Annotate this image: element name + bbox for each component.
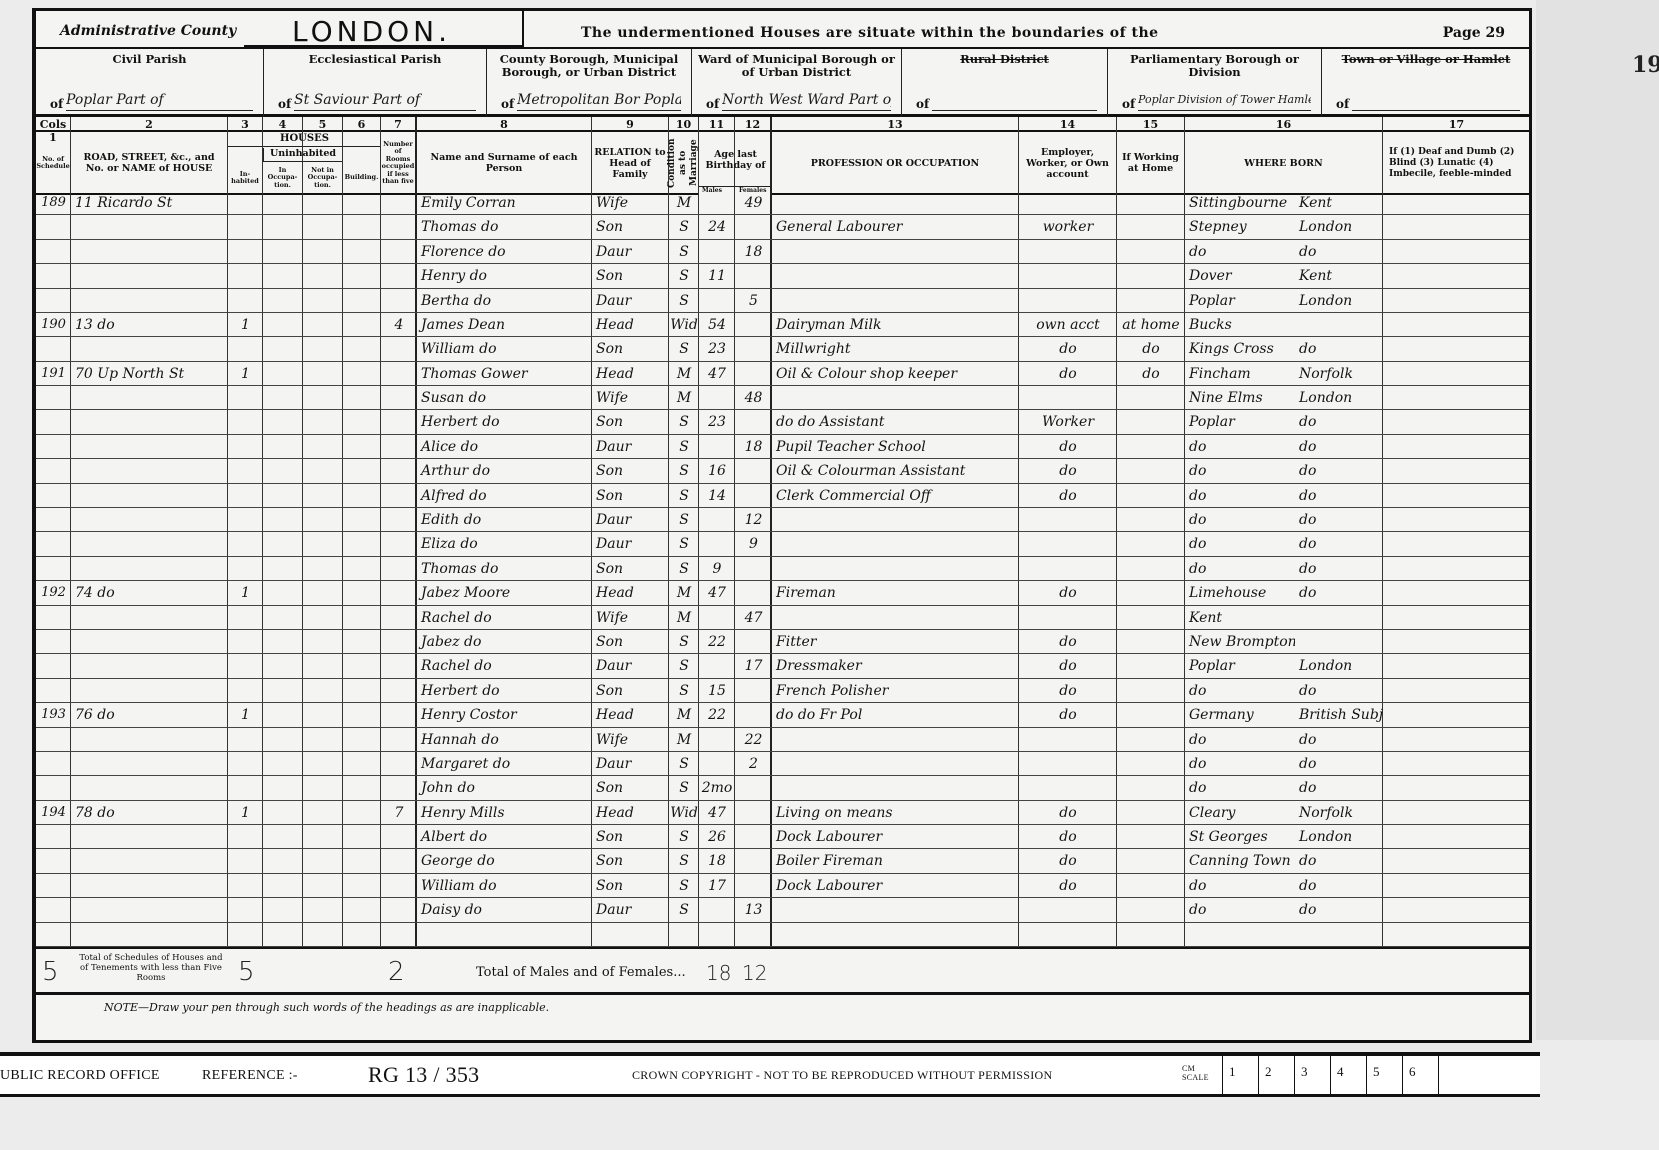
row-relation: Daur bbox=[592, 532, 669, 555]
row-condition: S bbox=[669, 898, 699, 921]
row-born-place: Fincham bbox=[1185, 362, 1295, 385]
area-label: Ward of Municipal Borough or of Urban Di… bbox=[692, 53, 901, 79]
row-inhabited bbox=[228, 898, 263, 921]
area-value: St Saviour Part of bbox=[294, 91, 476, 111]
row-born-county: Kent bbox=[1295, 191, 1383, 214]
row-name: Rachel do bbox=[417, 654, 592, 677]
row-employer: Worker bbox=[1019, 410, 1117, 433]
row-schedule bbox=[36, 752, 71, 775]
row-at-home bbox=[1117, 752, 1185, 775]
row-name: Henry Mills bbox=[417, 801, 592, 824]
row-relation: Wife bbox=[592, 606, 669, 629]
row-condition: M bbox=[669, 386, 699, 409]
col-header-where-born: WHERE BORN bbox=[1185, 133, 1382, 195]
row-schedule bbox=[36, 264, 71, 287]
row-address bbox=[71, 386, 228, 409]
row-inhabited bbox=[228, 728, 263, 751]
row-employer: do bbox=[1019, 435, 1117, 458]
row-male-age bbox=[699, 289, 735, 312]
row-female-age bbox=[735, 313, 772, 336]
row-born-county: do bbox=[1295, 728, 1383, 751]
row-schedule: 189 bbox=[36, 191, 71, 214]
area-ecclesiastical-parish: Ecclesiastical Parish of St Saviour Part… bbox=[264, 49, 487, 117]
row-employer: own acct bbox=[1019, 313, 1117, 336]
row-schedule bbox=[36, 654, 71, 677]
row-male-age bbox=[699, 191, 735, 214]
col-number: 5 bbox=[303, 118, 342, 132]
table-row: 19274 do1Jabez MooreHeadM47FiremandoLime… bbox=[36, 581, 1529, 605]
row-inhabited bbox=[228, 630, 263, 653]
table-row: Eliza doDaurS9dodo bbox=[36, 532, 1529, 556]
row-rooms bbox=[381, 386, 417, 409]
area-of: of bbox=[50, 97, 63, 111]
row-schedule bbox=[36, 825, 71, 848]
area-label: Town or Village or Hamlet bbox=[1322, 53, 1530, 66]
col-number: Cols 1 bbox=[36, 118, 70, 132]
row-occupation: Dressmaker bbox=[772, 654, 1019, 677]
row-born-county: do bbox=[1295, 581, 1383, 604]
row-occupation bbox=[772, 752, 1019, 775]
row-female-age bbox=[735, 484, 772, 507]
row-at-home bbox=[1117, 849, 1185, 872]
area-parliamentary-borough: Parliamentary Borough or Division of Pop… bbox=[1108, 49, 1322, 117]
row-employer bbox=[1019, 264, 1117, 287]
row-condition: S bbox=[669, 752, 699, 775]
row-occupation bbox=[772, 557, 1019, 580]
row-male-age bbox=[699, 898, 735, 921]
row-born-place: do bbox=[1185, 557, 1295, 580]
row-employer bbox=[1019, 386, 1117, 409]
row-employer: do bbox=[1019, 654, 1117, 677]
row-female-age bbox=[735, 337, 772, 360]
row-at-home bbox=[1117, 776, 1185, 799]
table-row: John doSonS2mododo bbox=[36, 776, 1529, 800]
table-row: Susan doWifeM48Nine ElmsLondon bbox=[36, 386, 1529, 410]
col-header-infirmity: If (1) Deaf and Dumb (2) Blind (3) Lunat… bbox=[1383, 133, 1530, 195]
row-at-home bbox=[1117, 654, 1185, 677]
scale-label: CM SCALE bbox=[1182, 1064, 1212, 1082]
area-value: Metropolitan Bor Poplar bbox=[517, 91, 681, 111]
row-inhabited bbox=[228, 484, 263, 507]
area-town-village: Town or Village or Hamlet of bbox=[1322, 49, 1530, 117]
row-female-age: 2 bbox=[735, 752, 772, 775]
row-schedule bbox=[36, 215, 71, 238]
row-condition: S bbox=[669, 459, 699, 482]
table-row: Hannah doWifeM22dodo bbox=[36, 728, 1529, 752]
row-inhabited bbox=[228, 874, 263, 897]
row-condition: S bbox=[669, 215, 699, 238]
table-row: 19478 do17Henry MillsHeadWid47Living on … bbox=[36, 801, 1529, 825]
row-at-home bbox=[1117, 703, 1185, 726]
row-born-place: Poplar bbox=[1185, 289, 1295, 312]
row-occupation: Oil & Colour shop keeper bbox=[772, 362, 1019, 385]
page-number: Page 29 bbox=[1443, 25, 1505, 41]
area-label: County Borough, Municipal Borough, or Ur… bbox=[487, 53, 691, 79]
row-born-place: Kent bbox=[1185, 606, 1295, 629]
row-female-age bbox=[735, 825, 772, 848]
row-male-age: 15 bbox=[699, 679, 735, 702]
row-born-place: do bbox=[1185, 679, 1295, 702]
row-employer bbox=[1019, 191, 1117, 214]
row-employer bbox=[1019, 557, 1117, 580]
row-born-county: Norfolk bbox=[1295, 801, 1383, 824]
row-address: 74 do bbox=[71, 581, 228, 604]
row-name: Henry do bbox=[417, 264, 592, 287]
row-employer: do bbox=[1019, 679, 1117, 702]
row-born-place: Poplar bbox=[1185, 654, 1295, 677]
row-schedule bbox=[36, 898, 71, 921]
row-inhabited: 1 bbox=[228, 313, 263, 336]
row-at-home bbox=[1117, 289, 1185, 312]
row-born-county: London bbox=[1295, 386, 1383, 409]
row-condition: Wid bbox=[669, 313, 699, 336]
table-row: 19170 Up North St1Thomas GowerHeadM47Oil… bbox=[36, 362, 1529, 386]
row-at-home bbox=[1117, 801, 1185, 824]
row-occupation: Pupil Teacher School bbox=[772, 435, 1019, 458]
row-born-place: Sittingbourne bbox=[1185, 191, 1295, 214]
col-number: 2 bbox=[71, 118, 227, 132]
row-at-home bbox=[1117, 484, 1185, 507]
row-rooms bbox=[381, 337, 417, 360]
row-female-age bbox=[735, 874, 772, 897]
row-female-age: 48 bbox=[735, 386, 772, 409]
area-label: Civil Parish bbox=[36, 53, 263, 66]
col-number: 13 bbox=[772, 118, 1018, 132]
row-address bbox=[71, 215, 228, 238]
row-male-age: 9 bbox=[699, 557, 735, 580]
row-at-home bbox=[1117, 923, 1185, 946]
row-name: Herbert do bbox=[417, 679, 592, 702]
row-born-place: Limehouse bbox=[1185, 581, 1295, 604]
table-row: 18911 Ricardo StEmily CorranWifeM49Sitti… bbox=[36, 191, 1529, 215]
col-header-schedule: No. of Schedule bbox=[36, 133, 70, 195]
row-inhabited bbox=[228, 215, 263, 238]
table-row: Thomas doSonS9dodo bbox=[36, 557, 1529, 581]
row-occupation bbox=[772, 923, 1019, 946]
row-name: Hannah do bbox=[417, 728, 592, 751]
administrative-county-label: Administrative County bbox=[60, 23, 236, 39]
row-male-age: 2mo bbox=[699, 776, 735, 799]
row-born-county bbox=[1295, 923, 1383, 946]
area-of: of bbox=[501, 97, 514, 111]
row-occupation: Dock Labourer bbox=[772, 825, 1019, 848]
col-number: 17 bbox=[1383, 118, 1530, 132]
row-inhabited bbox=[228, 410, 263, 433]
row-rooms bbox=[381, 776, 417, 799]
row-schedule bbox=[36, 484, 71, 507]
row-inhabited bbox=[228, 654, 263, 677]
row-relation: Daur bbox=[592, 654, 669, 677]
row-name: Thomas do bbox=[417, 557, 592, 580]
row-male-age bbox=[699, 240, 735, 263]
row-schedule bbox=[36, 532, 71, 555]
row-inhabited bbox=[228, 776, 263, 799]
table-row: Alfred doSonS14Clerk Commercial Offdodod… bbox=[36, 484, 1529, 508]
row-born-county: do bbox=[1295, 410, 1383, 433]
row-born-county: Kent bbox=[1295, 264, 1383, 287]
row-inhabited bbox=[228, 386, 263, 409]
row-employer: worker bbox=[1019, 215, 1117, 238]
males-total: 18 bbox=[706, 961, 731, 985]
row-relation: Son bbox=[592, 459, 669, 482]
area-label: Parliamentary Borough or Division bbox=[1108, 53, 1321, 79]
row-schedule bbox=[36, 728, 71, 751]
table-row: Rachel doDaurS17DressmakerdoPoplarLondon bbox=[36, 654, 1529, 678]
row-name: Henry Costor bbox=[417, 703, 592, 726]
row-male-age: 17 bbox=[699, 874, 735, 897]
row-at-home bbox=[1117, 825, 1185, 848]
scale-mark: 4 bbox=[1330, 1056, 1366, 1094]
row-condition: S bbox=[669, 654, 699, 677]
copyright-notice: CROWN COPYRIGHT - NOT TO BE REPRODUCED W… bbox=[632, 1068, 1052, 1083]
row-rooms bbox=[381, 484, 417, 507]
row-name: Daisy do bbox=[417, 898, 592, 921]
row-employer bbox=[1019, 752, 1117, 775]
row-male-age bbox=[699, 532, 735, 555]
row-name: Alice do bbox=[417, 435, 592, 458]
row-female-age bbox=[735, 849, 772, 872]
row-occupation: Dock Labourer bbox=[772, 874, 1019, 897]
row-occupation bbox=[772, 532, 1019, 555]
row-rooms bbox=[381, 264, 417, 287]
row-employer bbox=[1019, 728, 1117, 751]
area-value bbox=[1352, 91, 1520, 111]
table-row: Florence doDaurS18dodo bbox=[36, 240, 1529, 264]
row-relation: Wife bbox=[592, 191, 669, 214]
row-condition bbox=[669, 923, 699, 946]
row-rooms bbox=[381, 898, 417, 921]
col-number: 4 bbox=[263, 118, 302, 132]
county-value-box: LONDON. bbox=[244, 11, 524, 47]
schedule-total: 5 bbox=[42, 957, 59, 987]
row-born-place: do bbox=[1185, 728, 1295, 751]
row-male-age: 26 bbox=[699, 825, 735, 848]
row-male-age: 47 bbox=[699, 801, 735, 824]
row-relation: Son bbox=[592, 557, 669, 580]
row-female-age bbox=[735, 679, 772, 702]
row-born-county: do bbox=[1295, 532, 1383, 555]
row-name: Albert do bbox=[417, 825, 592, 848]
row-condition: S bbox=[669, 532, 699, 555]
row-name: Florence do bbox=[417, 240, 592, 263]
table-row: 19376 do1Henry CostorHeadM22do do Fr Pol… bbox=[36, 703, 1529, 727]
row-female-age: 5 bbox=[735, 289, 772, 312]
row-inhabited bbox=[228, 923, 263, 946]
col-number: 3 bbox=[228, 118, 262, 132]
row-rooms bbox=[381, 508, 417, 531]
row-born-place: do bbox=[1185, 484, 1295, 507]
scale-mark: 3 bbox=[1294, 1056, 1330, 1094]
table-row: Herbert doSonS15French Polisherdododo bbox=[36, 679, 1529, 703]
reference-code: RG 13 / 353 bbox=[368, 1062, 479, 1088]
table-row: Jabez doSonS22FitterdoNew Brompton bbox=[36, 630, 1529, 654]
row-born-place: Kings Cross bbox=[1185, 337, 1295, 360]
row-occupation bbox=[772, 386, 1019, 409]
row-occupation: General Labourer bbox=[772, 215, 1019, 238]
row-occupation: Living on means bbox=[772, 801, 1019, 824]
row-occupation bbox=[772, 264, 1019, 287]
row-schedule bbox=[36, 776, 71, 799]
row-relation: Son bbox=[592, 337, 669, 360]
row-female-age bbox=[735, 557, 772, 580]
row-name: Alfred do bbox=[417, 484, 592, 507]
row-relation: Daur bbox=[592, 752, 669, 775]
row-at-home bbox=[1117, 532, 1185, 555]
row-relation: Son bbox=[592, 849, 669, 872]
area-of: of bbox=[916, 97, 929, 111]
row-born-place: do bbox=[1185, 776, 1295, 799]
row-female-age: 12 bbox=[735, 508, 772, 531]
row-at-home: do bbox=[1117, 362, 1185, 385]
row-relation: Son bbox=[592, 484, 669, 507]
row-relation: Son bbox=[592, 630, 669, 653]
row-address bbox=[71, 240, 228, 263]
row-relation: Head bbox=[592, 703, 669, 726]
row-rooms bbox=[381, 532, 417, 555]
table-row: Thomas doSonS24General LabourerworkerSte… bbox=[36, 215, 1529, 239]
row-condition: S bbox=[669, 435, 699, 458]
row-born-county: do bbox=[1295, 752, 1383, 775]
row-name: Susan do bbox=[417, 386, 592, 409]
row-schedule bbox=[36, 849, 71, 872]
col-header-name: Name and Surname of each Person bbox=[417, 133, 591, 195]
row-condition: S bbox=[669, 825, 699, 848]
row-relation: Wife bbox=[592, 728, 669, 751]
row-condition: M bbox=[669, 362, 699, 385]
row-relation: Daur bbox=[592, 898, 669, 921]
row-condition: M bbox=[669, 728, 699, 751]
row-inhabited: 1 bbox=[228, 801, 263, 824]
row-born-place: do bbox=[1185, 752, 1295, 775]
row-occupation bbox=[772, 776, 1019, 799]
row-relation: Son bbox=[592, 776, 669, 799]
row-rooms bbox=[381, 557, 417, 580]
row-name: John do bbox=[417, 776, 592, 799]
row-female-age bbox=[735, 362, 772, 385]
row-rooms bbox=[381, 849, 417, 872]
col-number: 9 bbox=[592, 118, 668, 132]
row-employer: do bbox=[1019, 801, 1117, 824]
row-born-place: do bbox=[1185, 898, 1295, 921]
row-occupation bbox=[772, 240, 1019, 263]
row-occupation: Millwright bbox=[772, 337, 1019, 360]
row-at-home bbox=[1117, 459, 1185, 482]
row-name: Arthur do bbox=[417, 459, 592, 482]
row-rooms bbox=[381, 215, 417, 238]
row-born-county: do bbox=[1295, 435, 1383, 458]
row-rooms bbox=[381, 435, 417, 458]
row-male-age: 23 bbox=[699, 337, 735, 360]
row-female-age bbox=[735, 215, 772, 238]
row-condition: Wid bbox=[669, 801, 699, 824]
col-number: 10 bbox=[669, 118, 698, 132]
col-header-relation: RELATION to Head of Family bbox=[592, 133, 668, 195]
row-rooms bbox=[381, 240, 417, 263]
row-schedule bbox=[36, 289, 71, 312]
row-female-age: 22 bbox=[735, 728, 772, 751]
area-value: Poplar Part of bbox=[66, 91, 253, 111]
row-relation: Daur bbox=[592, 508, 669, 531]
table-row: Daisy doDaurS13dodo bbox=[36, 898, 1529, 922]
row-condition: M bbox=[669, 703, 699, 726]
row-rooms bbox=[381, 289, 417, 312]
row-born-county: do bbox=[1295, 849, 1383, 872]
row-relation: Son bbox=[592, 264, 669, 287]
row-born-place: St Georges bbox=[1185, 825, 1295, 848]
row-female-age bbox=[735, 630, 772, 653]
row-condition: S bbox=[669, 337, 699, 360]
row-born-place: Stepney bbox=[1185, 215, 1295, 238]
table-row: Albert doSonS26Dock LabourerdoSt Georges… bbox=[36, 825, 1529, 849]
row-condition: S bbox=[669, 240, 699, 263]
col-header-condition: Condition as to Marriage bbox=[669, 133, 698, 195]
row-male-age bbox=[699, 508, 735, 531]
row-condition: M bbox=[669, 191, 699, 214]
row-schedule bbox=[36, 874, 71, 897]
row-born-county: do bbox=[1295, 776, 1383, 799]
row-at-home: do bbox=[1117, 337, 1185, 360]
row-rooms bbox=[381, 654, 417, 677]
row-employer bbox=[1019, 289, 1117, 312]
row-employer: do bbox=[1019, 581, 1117, 604]
page-edge bbox=[1536, 0, 1659, 1040]
row-born-county: do bbox=[1295, 484, 1383, 507]
row-occupation: do do Assistant bbox=[772, 410, 1019, 433]
row-at-home bbox=[1117, 215, 1185, 238]
row-rooms bbox=[381, 581, 417, 604]
row-female-age bbox=[735, 776, 772, 799]
row-address: 11 Ricardo St bbox=[71, 191, 228, 214]
row-employer bbox=[1019, 532, 1117, 555]
rooms-total: 2 bbox=[388, 957, 405, 987]
col-header-address: ROAD, STREET, &c., and No. or NAME of HO… bbox=[71, 133, 227, 195]
row-inhabited bbox=[228, 459, 263, 482]
row-inhabited bbox=[228, 191, 263, 214]
row-at-home bbox=[1117, 435, 1185, 458]
row-at-home: at home bbox=[1117, 313, 1185, 336]
col-number: 11 bbox=[699, 118, 734, 132]
area-civil-parish: Civil Parish of Poplar Part of bbox=[36, 49, 264, 117]
table-row: Herbert doSonS23do do AssistantWorkerPop… bbox=[36, 410, 1529, 434]
row-at-home bbox=[1117, 508, 1185, 531]
row-female-age: 18 bbox=[735, 240, 772, 263]
row-inhabited bbox=[228, 240, 263, 263]
row-rooms bbox=[381, 679, 417, 702]
row-born-county: do bbox=[1295, 557, 1383, 580]
row-inhabited: 1 bbox=[228, 362, 263, 385]
area-of: of bbox=[1336, 97, 1349, 111]
row-male-age bbox=[699, 606, 735, 629]
row-name bbox=[417, 923, 592, 946]
row-born-county: do bbox=[1295, 679, 1383, 702]
row-occupation: do do Fr Pol bbox=[772, 703, 1019, 726]
row-address bbox=[71, 849, 228, 872]
row-born-place: Poplar bbox=[1185, 410, 1295, 433]
row-occupation bbox=[772, 508, 1019, 531]
row-born-place: do bbox=[1185, 532, 1295, 555]
row-female-age: 49 bbox=[735, 191, 772, 214]
row-male-age: 23 bbox=[699, 410, 735, 433]
row-name: Bertha do bbox=[417, 289, 592, 312]
scale-mark: 6 bbox=[1402, 1056, 1438, 1094]
row-condition: S bbox=[669, 508, 699, 531]
row-female-age: 17 bbox=[735, 654, 772, 677]
row-born-county: do bbox=[1295, 898, 1383, 921]
row-name: Eliza do bbox=[417, 532, 592, 555]
row-schedule bbox=[36, 557, 71, 580]
row-employer: do bbox=[1019, 703, 1117, 726]
row-born-county: Norfolk bbox=[1295, 362, 1383, 385]
